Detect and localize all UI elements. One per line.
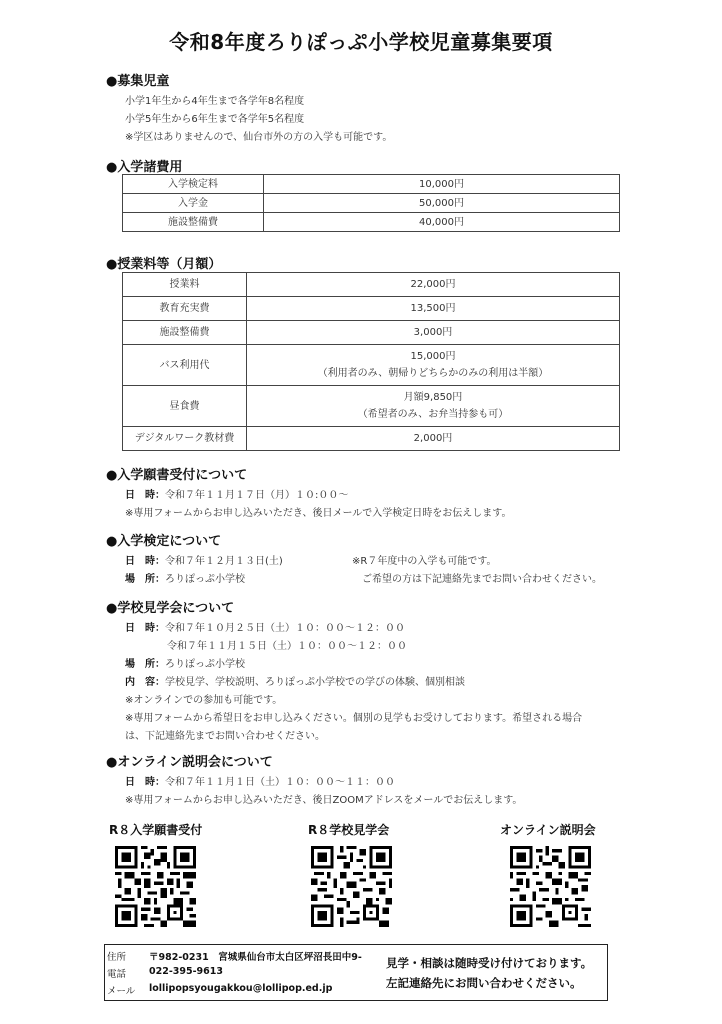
table-row: デジタルワーク教材費 2,000円 <box>123 427 620 451</box>
online-date-line: 日 時：令和７年１１月１日（土）１０：００～１１：００ <box>125 773 395 788</box>
email-address[interactable]: lollipopsyougakkou@lollipop.ed.jp <box>149 983 332 994</box>
contact-box: 住所 〒982-0231 宮城県仙台市太白区坪沼長田中9- 電話 022-395… <box>104 944 608 1001</box>
fee-item: 昼食費 <box>123 386 247 427</box>
table-row: 施設整備費 40,000円 <box>123 213 620 232</box>
table-row: バス利用代 15,000円 （利用者のみ、朝帰りどちらかのみの利用は半額） <box>123 345 620 386</box>
fee-item: バス利用代 <box>123 345 247 386</box>
qr-code-tour[interactable] <box>311 846 392 927</box>
tour-date: 令和７年１０月２５日（土）１０：００～１２：００ <box>165 623 405 634</box>
tour-content: 学校見学、学校説明、ろりぽっぷ小学校での学びの体験、個別相談 <box>165 677 465 688</box>
fee-item: 教育充実費 <box>123 297 247 321</box>
qr-label-online: オンライン説明会 <box>500 821 596 838</box>
contact-message: 左記連絡先にお問い合わせください。 <box>383 975 582 991</box>
table-row: 入学金 50,000円 <box>123 194 620 213</box>
fee-amount: 13,500円 <box>247 297 620 321</box>
fee-amount-cell: 月額9,850円 （希望者のみ、お弁当持参も可） <box>247 386 620 427</box>
table-row: 教育充実費 13,500円 <box>123 297 620 321</box>
qr-code-online[interactable] <box>510 846 591 927</box>
qr-label-application: R８入学願書受付 <box>109 821 202 838</box>
tour-date: 令和７年１１月１５日（土）１０：００～１２：００ <box>167 637 407 652</box>
application-heading: ●入学願書受付について <box>106 464 247 483</box>
content-label: 内 容： <box>125 677 165 688</box>
fee-amount-cell: 15,000円 （利用者のみ、朝帰りどちらかのみの利用は半額） <box>247 345 620 386</box>
exam-date: 令和７年１２月１３日(土) <box>165 556 283 567</box>
exam-heading: ●入学検定について <box>106 530 221 549</box>
exam-note: ※R７年度中の入学も可能です。 <box>352 552 497 567</box>
fee-item: デジタルワーク教材費 <box>123 427 247 451</box>
page-title: 令和8年度ろりぽっぷ小学校児童募集要項 <box>0 26 722 55</box>
fee-item: 入学金 <box>123 194 264 213</box>
table-row: 昼食費 月額9,850円 （希望者のみ、お弁当持参も可） <box>123 386 620 427</box>
entrance-fees-table: 入学検定料 10,000円 入学金 50,000円 施設整備費 40,000円 <box>122 174 620 232</box>
fee-amount: 月額9,850円 <box>247 389 619 406</box>
online-note: ※専用フォームからお申し込みいただき、後日ZOOMアドレスをメールでお伝えします… <box>125 791 522 806</box>
email-label: メール <box>107 983 135 997</box>
recruit-line: 小学5年生から6年生まで各学年5名程度 <box>125 110 304 125</box>
recruit-line: 小学1年生から4年生まで各学年8名程度 <box>125 92 304 107</box>
fee-item: 施設整備費 <box>123 213 264 232</box>
exam-place: ろりぽっぷ小学校 <box>165 574 245 585</box>
table-row: 入学検定料 10,000円 <box>123 175 620 194</box>
tour-place: ろりぽっぷ小学校 <box>165 659 245 670</box>
fee-amount: 15,000円 <box>247 348 619 365</box>
fee-note: （希望者のみ、お弁当持参も可） <box>247 406 619 423</box>
fee-amount: 22,000円 <box>247 273 620 297</box>
table-row: 施設整備費 3,000円 <box>123 321 620 345</box>
tour-place-line: 場 所：ろりぽっぷ小学校 <box>125 655 245 670</box>
date-label: 日 時： <box>125 777 165 788</box>
application-note: ※専用フォームからお申し込みいただき、後日メールで入学検定日時をお伝えします。 <box>125 504 511 519</box>
online-heading: ●オンライン説明会について <box>106 751 273 770</box>
tour-note: は、下記連絡先までお問い合わせください。 <box>125 727 325 742</box>
date-label: 日 時： <box>125 556 165 567</box>
fee-amount: 50,000円 <box>264 194 620 213</box>
application-date-line: 日 時：令和７年１１月１７日（月）１０:００～ <box>125 486 348 501</box>
recruit-heading: ●募集児童 <box>106 70 169 89</box>
tour-note: ※専用フォームから希望日をお申し込みください。個別の見学もお受けしております。希… <box>125 709 582 724</box>
fee-amount: 40,000円 <box>264 213 620 232</box>
fee-item: 施設整備費 <box>123 321 247 345</box>
fee-amount: 2,000円 <box>247 427 620 451</box>
fee-amount: 3,000円 <box>247 321 620 345</box>
exam-date-line: 日 時：令和７年１２月１３日(土) <box>125 552 283 567</box>
fee-item: 入学検定料 <box>123 175 264 194</box>
monthly-fees-table: 授業料 22,000円 教育充実費 13,500円 施設整備費 3,000円 バ… <box>122 272 620 451</box>
date-label: 日 時： <box>125 490 165 501</box>
place-label: 場 所： <box>125 659 165 670</box>
tour-note: ※オンラインでの参加も可能です。 <box>125 691 282 706</box>
fee-amount: 10,000円 <box>264 175 620 194</box>
exam-place-line: 場 所：ろりぽっぷ小学校 <box>125 570 245 585</box>
place-label: 場 所： <box>125 574 165 585</box>
exam-note: ご希望の方は下記連絡先までお問い合わせください。 <box>362 570 602 585</box>
recruit-line: ※学区はありませんので、仙台市外の方の入学も可能です。 <box>125 128 392 143</box>
application-date: 令和７年１１月１７日（月）１０:００～ <box>165 490 348 501</box>
phone-number[interactable]: 022-395-9613 <box>149 966 223 977</box>
qr-code-application[interactable] <box>115 846 196 927</box>
online-date: 令和７年１１月１日（土）１０：００～１１：００ <box>165 777 395 788</box>
address: 〒982-0231 宮城県仙台市太白区坪沼長田中9- <box>149 949 362 963</box>
tour-heading: ●学校見学会について <box>106 597 234 616</box>
phone-label: 電話 <box>107 966 126 980</box>
address-label: 住所 <box>107 949 126 963</box>
monthly-fees-heading: ●授業料等（月額） <box>106 253 221 272</box>
entrance-fees-heading: ●入学諸費用 <box>106 156 182 175</box>
qr-label-tour: R８学校見学会 <box>308 821 389 838</box>
tour-date-line: 日 時：令和７年１０月２５日（土）１０：００～１２：００ <box>125 619 405 634</box>
fee-note: （利用者のみ、朝帰りどちらかのみの利用は半額） <box>247 365 619 382</box>
table-row: 授業料 22,000円 <box>123 273 620 297</box>
date-label: 日 時： <box>125 623 165 634</box>
fee-item: 授業料 <box>123 273 247 297</box>
contact-message: 見学・相談は随時受け付けております。 <box>383 955 592 971</box>
tour-content-line: 内 容：学校見学、学校説明、ろりぽっぷ小学校での学びの体験、個別相談 <box>125 673 465 688</box>
